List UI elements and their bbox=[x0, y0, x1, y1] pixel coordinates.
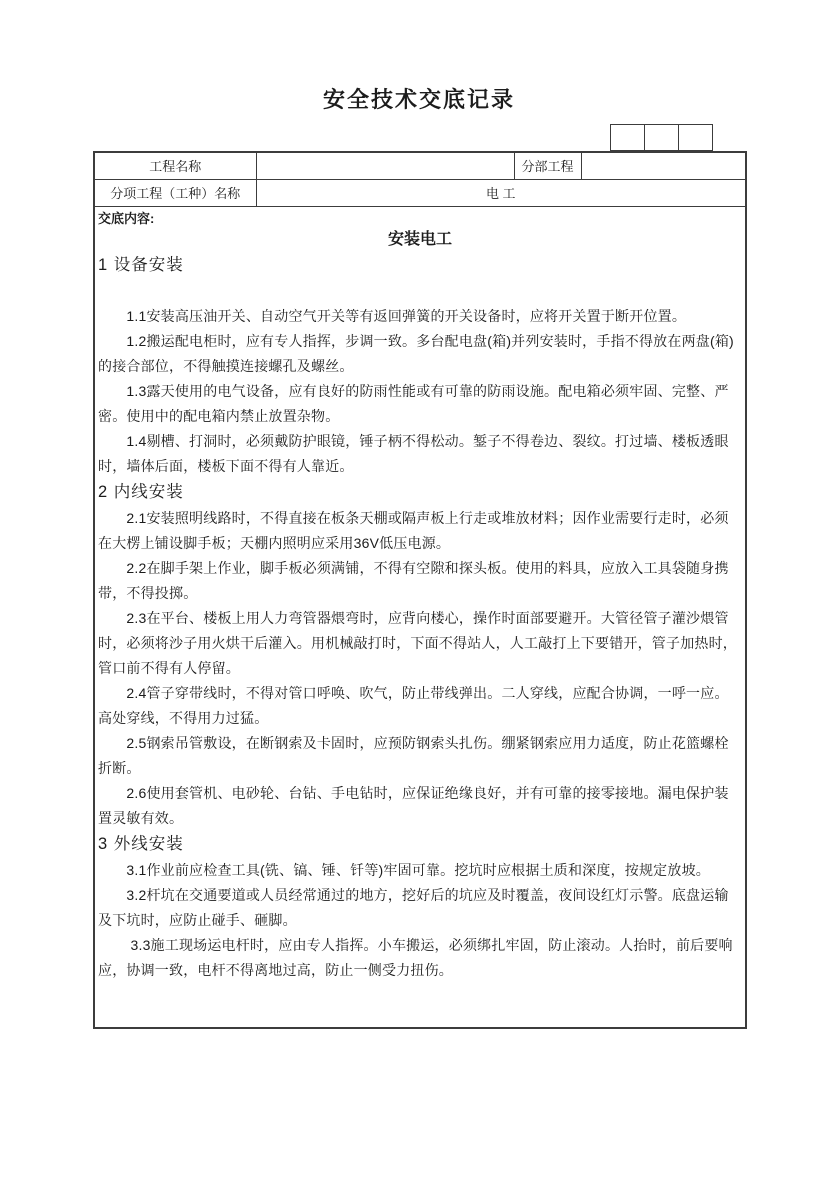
division-work-value bbox=[581, 152, 746, 179]
section: 3 外线安装 3.1作业前应检查工具(铣、镐、锤、钎等)牢固可靠。挖坑时应根据土… bbox=[98, 831, 742, 983]
grade-box bbox=[611, 125, 645, 151]
section-heading: 1 设备安装 bbox=[98, 252, 742, 279]
section-heading: 2 内线安装 bbox=[98, 479, 742, 506]
content-paragraph: 1.1安装高压油开关、自动空气开关等有返回弹簧的开关设备时，应将开关置于断开位置… bbox=[98, 304, 742, 329]
content-paragraph: 2.3在平台、楼板上用人力弯管器煨弯时，应背向楼心，操作时面部要避开。大管径管子… bbox=[98, 606, 742, 681]
subitem-work-value: 电 工 bbox=[256, 179, 746, 206]
section: 2 内线安装 2.1安装照明线路时，不得直接在板条天棚或隔声板上行走或堆放材料；… bbox=[98, 479, 742, 831]
disclosure-content-label: 交底内容: bbox=[98, 209, 742, 228]
subitem-work-label: 分项工程（工种）名称 bbox=[94, 179, 256, 206]
grade-box bbox=[679, 125, 713, 151]
disclosure-subtitle: 安装电工 bbox=[98, 228, 742, 252]
content-paragraph: 2.2在脚手架上作业，脚手板必须满铺，不得有空隙和探头板。使用的料具，应放入工具… bbox=[98, 556, 742, 606]
content-paragraph: 2.1安装照明线路时，不得直接在板条天棚或隔声板上行走或堆放材料；因作业需要行走… bbox=[98, 506, 742, 556]
content-paragraph: 2.4管子穿带线时，不得对管口呼唤、吹气，防止带线弹出。二人穿线，应配合协调，一… bbox=[98, 681, 742, 731]
blank-line bbox=[98, 279, 742, 304]
content-paragraph: 1.3露天使用的电气设备，应有良好的防雨性能或有可靠的防雨设施。配电箱必须牢固、… bbox=[98, 379, 742, 429]
section: 1 设备安装 1.1安装高压油开关、自动空气开关等有返回弹簧的开关设备时，应将开… bbox=[98, 252, 742, 479]
project-name-value bbox=[256, 152, 514, 179]
disclosure-sections: 1 设备安装 1.1安装高压油开关、自动空气开关等有返回弹簧的开关设备时，应将开… bbox=[98, 252, 742, 983]
disclosure-content-cell: 交底内容: 安装电工 1 设备安装 1.1安装高压油开关、自动空气开关等有返回弹… bbox=[94, 206, 746, 1028]
section-heading: 3 外线安装 bbox=[98, 831, 742, 858]
division-work-label: 分部工程 bbox=[514, 152, 581, 179]
content-paragraph: 1.2搬运配电柜时，应有专人指挥，步调一致。多台配电盘(箱)并列安装时，手指不得… bbox=[98, 329, 742, 379]
grade-box-table bbox=[610, 124, 713, 151]
content-paragraph: 2.5钢索吊管敷设，在断钢索及卡固时，应预防钢索头扎伤。绷紧钢索应用力适度，防止… bbox=[98, 731, 742, 781]
content-paragraph: 1.4剔槽、打洞时，必须戴防护眼镜，锤子柄不得松动。錾子不得卷边、裂纹。打过墙、… bbox=[98, 429, 742, 479]
content-paragraph: 3.2杆坑在交通要道或人员经常通过的地方，挖好后的坑应及时覆盖，夜间设红灯示警。… bbox=[98, 883, 742, 933]
info-table: 工程名称 分部工程 分项工程（工种）名称 电 工 交底内容: 安装电工 1 设备… bbox=[93, 151, 747, 1029]
content-paragraph: 2.6使用套管机、电砂轮、台钻、手电钻时，应保证绝缘良好，并有可靠的接零接地。漏… bbox=[98, 781, 742, 831]
page-title: 安全技术交底记录 bbox=[0, 83, 838, 114]
grade-box bbox=[645, 125, 679, 151]
project-name-label: 工程名称 bbox=[94, 152, 256, 179]
content-paragraph: 3.3施工现场运电杆时，应由专人指挥。小车搬运，必须绑扎牢固，防止滚动。人抬时，… bbox=[98, 933, 742, 983]
content-paragraph: 3.1作业前应检查工具(铣、镐、锤、钎等)牢固可靠。挖坑时应根据土质和深度，按规… bbox=[98, 858, 742, 883]
